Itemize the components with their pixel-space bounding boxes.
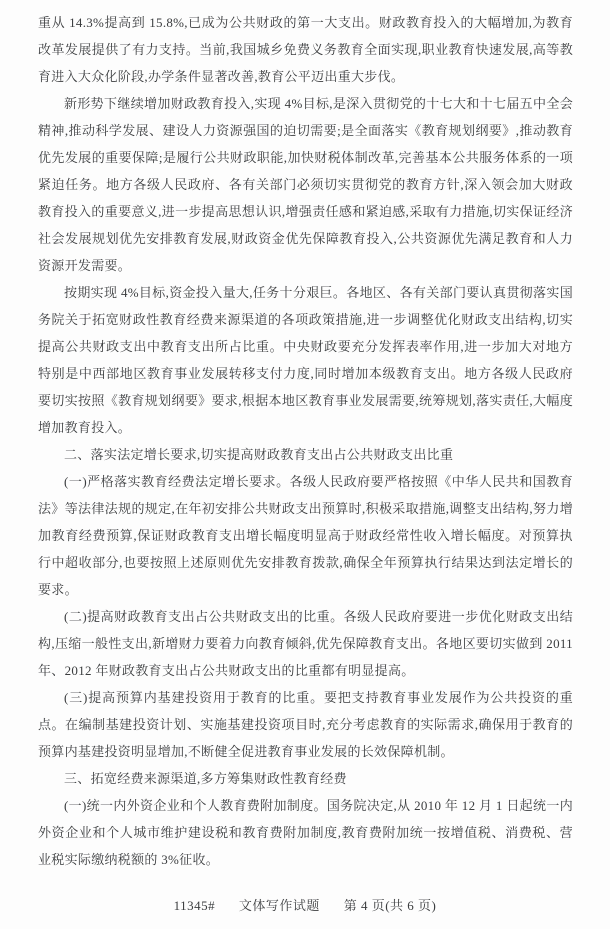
paragraph: 重从 14.3%提高到 15.8%,已成为公共财政的第一大支出。财政教育投入的大… bbox=[38, 9, 573, 90]
document-body: 重从 14.3%提高到 15.8%,已成为公共财政的第一大支出。财政教育投入的大… bbox=[38, 9, 573, 873]
footer-page-number: 第 4 页(共 6 页) bbox=[344, 898, 437, 913]
paragraph: (二)提高财政教育支出占公共财政支出的比重。各级人民政府要进一步优化财政支出结构… bbox=[38, 603, 573, 684]
paragraph: (三)提高预算内基建投资用于教育的比重。要把支持教育事业发展作为公共投资的重点。… bbox=[38, 684, 573, 765]
paragraph: (一)统一内外资企业和个人教育费附加制度。国务院决定,从 2010 年 12 月… bbox=[38, 792, 573, 873]
section-heading: 三、拓宽经费来源渠道,多方筹集财政性教育经费 bbox=[38, 765, 573, 792]
footer-doc-title: 文体写作试题 bbox=[239, 898, 320, 913]
page-footer: 11345# 文体写作试题 第 4 页(共 6 页) bbox=[0, 895, 610, 914]
section-heading: 二、落实法定增长要求,切实提高财政教育支出占公共财政支出比重 bbox=[38, 441, 573, 468]
paragraph: 新形势下继续增加财政教育投入,实现 4%目标,是深入贯彻党的十七大和十七届五中全… bbox=[38, 90, 573, 279]
document-page: 重从 14.3%提高到 15.8%,已成为公共财政的第一大支出。财政教育投入的大… bbox=[0, 0, 610, 929]
paragraph: (一)严格落实教育经费法定增长要求。各级人民政府要严格按照《中华人民共和国教育法… bbox=[38, 468, 573, 603]
paragraph: 按期实现 4%目标,资金投入量大,任务十分艰巨。各地区、各有关部门要认真贯彻落实… bbox=[38, 279, 573, 441]
footer-exam-code: 11345# bbox=[174, 898, 216, 913]
